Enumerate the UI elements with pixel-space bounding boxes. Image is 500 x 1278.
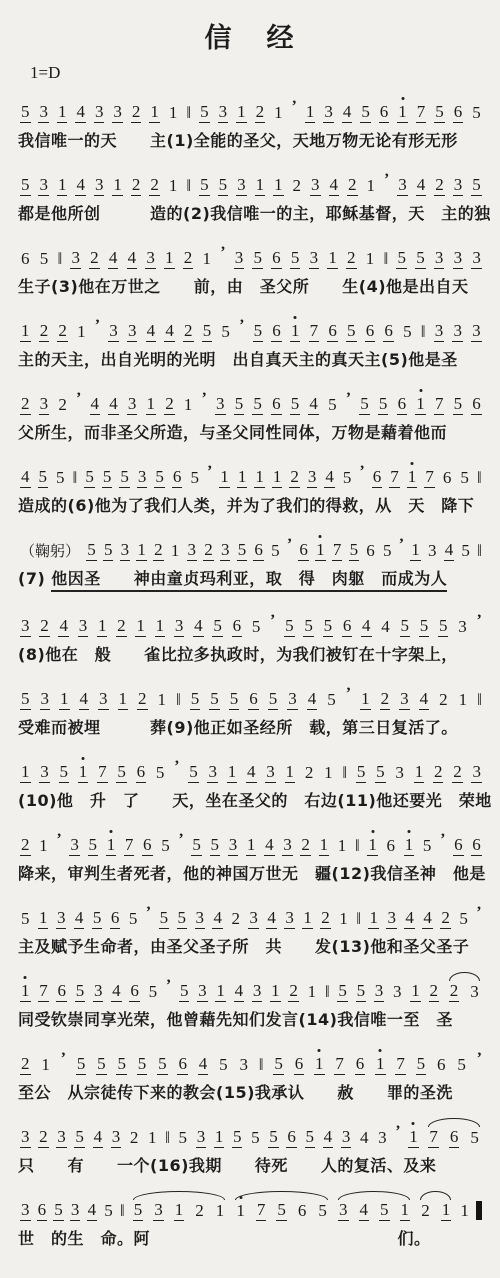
lyric-line: 我信唯一的天 主(1)全能的圣父，天地万物无论有形无形 (16, 128, 486, 151)
note-digit: 6 (386, 837, 397, 856)
note-digit: 6 (37, 1201, 48, 1221)
note-digit: 6 (172, 468, 183, 488)
note-digit: 5 (212, 617, 223, 637)
note-digit: 7 (424, 468, 435, 488)
page-title: 信 经 (16, 16, 486, 55)
note-digit: 7 (428, 1128, 439, 1148)
note-digit: 5 (378, 395, 389, 415)
note-digit: 3 (70, 249, 81, 269)
note-digit: 1 (214, 1128, 225, 1148)
slur-group: 21 (418, 1201, 453, 1221)
breath-mark-icon: ’ (202, 391, 207, 407)
note-digit: 1 (215, 1202, 226, 1221)
music-line: 21’555556453‖5617617565’ (16, 1039, 486, 1077)
lyric-line: (10)他 升 了 天，坐在圣父的 右边(11)他还要光 荣地 (16, 788, 486, 811)
note-digit: 4 (422, 909, 433, 929)
note-digit: 2 (39, 617, 50, 637)
note-digit: 1 (272, 468, 283, 488)
note-digit: 3 (309, 249, 320, 269)
note-digit: 1 (235, 1202, 246, 1221)
note-digit: 3 (120, 541, 131, 561)
note-digit: 5 (250, 1129, 261, 1148)
note-digit: 4 (20, 468, 31, 488)
octave-dot-icon (82, 757, 85, 760)
note-digit: 2 (131, 176, 142, 196)
note-digit: 6 (442, 469, 453, 488)
note-digit: 5 (268, 1128, 279, 1148)
note-digit: 2 (288, 982, 299, 1002)
system-4: 1221’3344255’561765665‖333主的天主，出自光明的光明 出… (16, 306, 486, 370)
note-digit: 5 (103, 541, 114, 561)
lyric-text: 受难而被埋 葬(9)他正如圣经所 载，第三日复活了。 (18, 718, 458, 737)
note-digit: 4 (361, 617, 372, 637)
note-digit: 2 (255, 103, 266, 123)
note-digit: 4 (74, 909, 85, 929)
note-digit: 5 (75, 982, 86, 1002)
note-digit: 3 (20, 1201, 31, 1221)
note-digit: 4 (58, 617, 69, 637)
lyric-line: 至公 从宗徒传下来的教会(15)我承认 赦 罪的圣洗 (16, 1080, 486, 1103)
note-digit: 3 (252, 982, 263, 1002)
note-digit: 5 (220, 323, 231, 342)
breath-mark-icon: ’ (56, 832, 61, 848)
note-digit: 1 (338, 910, 349, 929)
note-digit: 5 (199, 176, 210, 196)
octave-dot-icon (379, 1049, 382, 1052)
note-digit: 3 (236, 176, 247, 196)
note-digit: 1 (20, 322, 31, 342)
music-line: 53143121‖55565345’123421‖ (16, 674, 486, 712)
note-digit: 6 (298, 541, 309, 561)
note-digit: 5 (290, 249, 301, 269)
music-line: 5134565’55342343121‖134425’ (16, 893, 486, 931)
note-digit: 2 (153, 541, 164, 561)
note-digit: 3 (471, 249, 482, 269)
final-barline-icon (476, 1201, 482, 1220)
note-digit: 5 (379, 1201, 390, 1221)
slur-group: 53121 (131, 1201, 228, 1221)
note-digit: 4 (444, 541, 455, 561)
note-digit: 5 (337, 982, 348, 1002)
note-digit: 1 (236, 103, 247, 123)
note-digit: 3 (471, 763, 482, 783)
note-digit: 3 (93, 982, 104, 1002)
note-digit: 1 (319, 836, 330, 856)
note-digit: 5 (209, 690, 220, 710)
note-digit: 2 (57, 322, 68, 342)
note-digit: 1 (20, 982, 31, 1002)
note-digit: 3 (112, 103, 123, 123)
lyric-line: 只 有 一个(16)我期 待死 人的复活、及来 (16, 1153, 486, 1176)
note-digit: 3 (453, 249, 464, 269)
note-digit: 5 (458, 910, 469, 929)
breath-mark-icon: ’ (174, 759, 179, 775)
note-digit: 1 (302, 909, 313, 929)
note-digit: 3 (38, 176, 49, 196)
note-digit: 5 (159, 909, 170, 929)
note-digit: 6 (372, 468, 383, 488)
note-digit: 2 (203, 541, 214, 561)
note-digit: 1 (375, 1055, 386, 1075)
note-digit: 6 (253, 541, 264, 561)
note-digit: 2 (183, 249, 194, 269)
note-digit: 3 (399, 690, 410, 710)
note-digit: 4 (87, 1201, 98, 1221)
note-digit: 6 (449, 1128, 460, 1148)
note-digit: 3 (40, 690, 51, 710)
note-digit: 3 (137, 468, 148, 488)
note-digit: 1 (458, 691, 469, 710)
note-digit: 6 (453, 836, 464, 856)
system-11: 21’351765’553143211‖1615’66降来，审判生者死者，他的神… (16, 820, 486, 884)
note-digit: 5 (396, 249, 407, 269)
note-digit: 5 (155, 764, 166, 783)
system-10: 13517565’53143121‖5531223(10)他 升 了 天，坐在圣… (16, 747, 486, 811)
note-digit: 1 (20, 763, 31, 783)
note-digit: 3 (197, 982, 208, 1002)
note-digit: 5 (96, 1055, 107, 1075)
note-digit: 5 (178, 1129, 189, 1148)
lyric-line: 受难而被埋 葬(9)他正如圣经所 载，第三日复活了。 (16, 715, 486, 738)
note-digit: 3 (338, 1201, 349, 1221)
music-line: 3243121134565’5556445553’ (16, 601, 486, 639)
note-digit: 3 (127, 322, 138, 342)
note-digit: 3 (427, 542, 438, 561)
note-digit: 6 (20, 250, 31, 269)
slur-group: 17565 (233, 1201, 330, 1221)
note-digit: 4 (329, 176, 340, 196)
note-digit: 3 (323, 103, 334, 123)
note-digit: 3 (56, 1128, 67, 1148)
note-digit: 6 (453, 103, 464, 123)
double-barline-icon: ‖ (421, 323, 426, 342)
note-digit: 5 (188, 763, 199, 783)
system-12: 5134565’55342343121‖134425’主及赋予生命者，由圣父圣子… (16, 893, 486, 957)
note-digit: 5 (137, 1055, 148, 1075)
note-digit: 7 (124, 836, 135, 856)
note-digit: 5 (74, 1128, 85, 1148)
note-digit: 4 (127, 249, 138, 269)
note-digit: 6 (248, 690, 259, 710)
note-digit: 5 (252, 249, 263, 269)
note-digit: 2 (129, 1129, 140, 1148)
lyric-text: 只 有 一个(16)我期 待死 人的复活、及来 (18, 1156, 436, 1175)
lyric-line: 主及赋予生命者，由圣父圣子所 共 发(13)他和圣父圣子 (16, 934, 486, 957)
slur-group: 23 (447, 982, 482, 1002)
note-digit: 1 (201, 250, 212, 269)
lyric-text: 我信唯一的天 主(1)全能的圣父，天地万物无论有形无形 (18, 131, 458, 150)
note-digit: 2 (452, 763, 463, 783)
lyric-line: 生子(3)他在万世之 前，由 圣父所 生(4)他是出自天 (16, 274, 486, 297)
note-digit: 3 (20, 617, 31, 637)
note-digit: 4 (323, 1128, 334, 1148)
note-digit: 3 (248, 909, 259, 929)
note-digit: 7 (334, 1055, 345, 1075)
note-digit: 1 (365, 177, 376, 196)
note-digit: 4 (419, 690, 430, 710)
note-digit: 5 (415, 249, 426, 269)
note-digit: 2 (347, 176, 358, 196)
note-digit: 1 (174, 1201, 185, 1221)
lyric-line: 同受钦崇同享光荣，他曾藉先知们发言(14)我信唯一至 圣 (16, 1007, 486, 1030)
note-digit: 5 (102, 468, 113, 488)
breath-mark-icon: ’ (395, 1124, 400, 1140)
note-digit: 5 (86, 541, 97, 561)
note-digit: 5 (232, 1128, 243, 1148)
double-barline-icon: ‖ (383, 250, 388, 269)
note-digit: 3 (386, 909, 397, 929)
octave-dot-icon (294, 316, 297, 319)
note-digit: 3 (228, 836, 239, 856)
note-digit: 5 (148, 983, 159, 1002)
lyric-line: 父所生，而非圣父所造，与圣父同性同体，万物是藉着他而 (16, 420, 486, 443)
octave-dot-icon (371, 830, 374, 833)
note-digit: 3 (145, 249, 156, 269)
note-digit: 1 (246, 836, 257, 856)
note-digit: 7 (395, 1055, 406, 1075)
note-digit: 1 (415, 395, 426, 415)
note-digit: 5 (290, 395, 301, 415)
octave-dot-icon (412, 1122, 415, 1125)
note-digit: 4 (359, 1201, 370, 1221)
note-digit: 5 (419, 617, 430, 637)
note-digit: 3 (310, 176, 321, 196)
note-digit: 5 (119, 468, 130, 488)
octave-dot-icon (24, 976, 27, 979)
system-5: 232’443121’3556545’5561756父所生，而非圣父所造，与圣父… (16, 379, 486, 443)
note-digit: 3 (265, 763, 276, 783)
note-digit: 1 (290, 322, 301, 342)
note-digit: 3 (392, 983, 403, 1002)
note-digit: 1 (414, 763, 425, 783)
note-digit: 1 (76, 323, 87, 342)
note-digit: 7 (38, 982, 49, 1002)
note-digit: 1 (404, 836, 415, 856)
note-digit: 5 (422, 837, 433, 856)
system-6: 455‖5553565’11112345’671765‖造成的(6)他为了我们人… (16, 452, 486, 516)
music-line: 1221’3344255’561765665‖333 (16, 306, 486, 344)
music-line: 21’351765’553143211‖1615’66 (16, 820, 486, 858)
verse-number: (7) (18, 569, 45, 588)
double-barline-icon: ‖ (355, 837, 360, 856)
breath-mark-icon: ’ (178, 832, 183, 848)
note-digit: 1 (255, 176, 266, 196)
music-line: 232’443121’3556545’5561756 (16, 379, 486, 417)
note-digit: 5 (375, 763, 386, 783)
note-digit: 2 (183, 322, 194, 342)
note-digit: 4 (146, 322, 157, 342)
note-digit: 1 (314, 1055, 325, 1075)
note-digit: 3 (234, 249, 245, 269)
note-digit: 3 (374, 982, 385, 1002)
double-barline-icon: ‖ (165, 1129, 170, 1148)
note-digit: 2 (380, 690, 391, 710)
note-digit: 3 (94, 103, 105, 123)
note-digit: 4 (404, 909, 415, 929)
note-digit: 4 (193, 617, 204, 637)
note-digit: 3 (453, 176, 464, 196)
note-digit: 3 (207, 763, 218, 783)
lyric-text: 主及赋予生命者，由圣父圣子所 共 发(13)他和圣父圣子 (18, 937, 469, 956)
music-line: 455‖5553565’11112345’671765‖ (16, 452, 486, 490)
lyric-line: (7)他因圣 神由童贞玛利亚，取 得 肉躯 而成为人 (16, 566, 486, 592)
note-digit: 3 (238, 1056, 249, 1075)
breath-mark-icon: ’ (287, 537, 292, 553)
note-digit: 4 (108, 249, 119, 269)
note-digit: 2 (230, 910, 241, 929)
note-digit: 1 (254, 468, 265, 488)
lyric-line: 降来，审判生者死者，他的神国万世无 疆(12)我信圣神 他是 (16, 861, 486, 884)
note-digit: 1 (59, 690, 70, 710)
note-digit: 1 (360, 690, 371, 710)
note-digit: 5 (276, 1201, 287, 1221)
note-digit: 2 (289, 468, 300, 488)
system-7: （鞠躬）553121323565’617565’1345‖(7)他因圣 神由童贞… (16, 525, 486, 592)
note-digit: 4 (307, 690, 318, 710)
note-digit: 5 (218, 1056, 229, 1075)
note-digit: 3 (38, 103, 49, 123)
score-body: 531433211‖53121’1345617565我信唯一的天 主(1)全能的… (16, 87, 486, 1249)
system-3: 65‖32443121’35653121‖55333生子(3)他在万世之 前，由… (16, 233, 486, 297)
note-digit: 5 (133, 1201, 144, 1221)
note-digit: 6 (365, 322, 376, 342)
note-digit: 2 (131, 103, 142, 123)
note-digit: 1 (155, 617, 166, 637)
breath-mark-icon: ’ (166, 978, 171, 994)
breath-mark-icon: ’ (477, 1051, 482, 1067)
lyric-text: 同受钦崇同享光荣，他曾藉先知们发言(14)我信唯一至 圣 (18, 1010, 453, 1029)
breath-mark-icon: ’ (399, 537, 404, 553)
note-digit: 3 (284, 909, 295, 929)
note-digit: 3 (187, 541, 198, 561)
note-digit: 1 (170, 542, 181, 561)
breath-mark-icon: ’ (207, 464, 212, 480)
note-digit: 2 (449, 982, 460, 1002)
system-15: 32354321‖531555654343’1765只 有 一个(16)我期 待… (16, 1112, 486, 1176)
note-digit: 4 (90, 395, 101, 415)
lyric-line: (8)他在 般 雀比拉多执政时，为我们被钉在十字架上， (16, 642, 486, 665)
note-digit: 2 (300, 836, 311, 856)
note-digit: 3 (471, 322, 482, 342)
lyric-text: 生子(3)他在万世之 前，由 圣父所 生(4)他是出自天 (18, 277, 469, 296)
note-digit: 5 (327, 396, 338, 415)
note-digit: 6 (383, 322, 394, 342)
lyric-text: 主的天主，出自光明的光明 出自真天主的真天主(5)他是圣 (18, 350, 458, 369)
note-digit: 5 (469, 1129, 480, 1148)
octave-dot-icon (419, 389, 422, 392)
system-9: 53143121‖55565345’123421‖受难而被埋 葬(9)他正如圣经… (16, 674, 486, 738)
note-digit: 1 (307, 983, 318, 1002)
note-digit: 1 (106, 836, 117, 856)
double-barline-icon: ‖ (176, 691, 181, 710)
note-digit: 6 (271, 322, 282, 342)
lyric-text: (8)他在 般 雀比拉多执政时，为我们被钉在十字架上， (18, 645, 458, 664)
note-digit: 2 (292, 177, 303, 196)
score-page: 信 经 1=D 531433211‖53121’1345617565我信唯一的天… (0, 0, 500, 1278)
note-digit: 4 (164, 322, 175, 342)
note-digit: 7 (416, 103, 427, 123)
note-digit: 1 (441, 1201, 452, 1221)
note-digit: 3 (94, 176, 105, 196)
note-digit: 5 (360, 103, 371, 123)
note-digit: 2 (20, 1055, 31, 1075)
note-digit: 5 (190, 690, 201, 710)
note-digit: 5 (88, 836, 99, 856)
note-digit: 1 (227, 763, 238, 783)
note-digit: 3 (394, 764, 405, 783)
note-digit: 2 (89, 249, 100, 269)
note-digit: 1 (327, 249, 338, 269)
note-digit: 1 (323, 764, 334, 783)
note-digit: 2 (20, 836, 31, 856)
octave-dot-icon (319, 535, 322, 538)
music-line: 531431221‖5531123421’34235 (16, 160, 486, 198)
note-digit: 5 (284, 617, 295, 637)
note-digit: 6 (342, 617, 353, 637)
note-digit: 2 (194, 1202, 205, 1221)
note-digit: 3 (108, 322, 119, 342)
note-digit: 4 (111, 982, 122, 1002)
note-digit: 7 (97, 763, 108, 783)
note-digit: 3 (218, 103, 229, 123)
double-barline-icon: ‖ (325, 983, 330, 1002)
note-digit: 4 (308, 395, 319, 415)
note-digit: 1 (408, 1128, 419, 1148)
note-digit: 4 (266, 909, 277, 929)
note-digit: 5 (20, 103, 31, 123)
breath-mark-icon: ’ (292, 99, 297, 115)
note-digit: 5 (116, 763, 127, 783)
note-digit: 3 (127, 395, 138, 415)
note-digit: 5 (270, 542, 281, 561)
lyric-text: 降来，审判生者死者，他的神国万世无 疆(12)我信圣神 他是 (18, 864, 486, 883)
double-barline-icon: ‖ (186, 104, 191, 123)
octave-dot-icon (401, 97, 404, 100)
note-digit: 1 (135, 617, 146, 637)
note-digit: 6 (471, 836, 482, 856)
note-digit: 1 (38, 909, 49, 929)
note-digit: 4 (359, 1129, 370, 1148)
note-digit: 5 (92, 909, 103, 929)
note-digit: 5 (453, 395, 464, 415)
note-digit: 6 (436, 1056, 447, 1075)
note-digit: 2 (429, 982, 440, 1002)
lyric-text: 他因圣 神由童贞玛利亚，取 得 肉躯 而成为人 (51, 566, 447, 592)
note-digit: 5 (317, 1202, 328, 1221)
note-digit: 5 (237, 541, 248, 561)
breath-mark-icon: ’ (476, 613, 481, 629)
note-digit: 4 (93, 1128, 104, 1148)
note-digit: 5 (116, 1055, 127, 1075)
note-digit: 5 (400, 617, 411, 637)
note-digit: 1 (97, 617, 108, 637)
note-digit: 5 (38, 468, 49, 488)
note-digit: 6 (471, 395, 482, 415)
note-digit: 6 (365, 542, 376, 561)
note-digit: 2 (116, 617, 127, 637)
note-digit: 5 (416, 1055, 427, 1075)
note-digit: 5 (382, 542, 393, 561)
system-1: 531433211‖53121’1345617565我信唯一的天 主(1)全能的… (16, 87, 486, 151)
lyric-line: 造成的(6)他为了我们人类，并为了我们的得救，从 天 降下 (16, 493, 486, 516)
note-digit: 4 (234, 982, 245, 1002)
slur-group: 765 (426, 1128, 482, 1148)
note-digit: 3 (434, 249, 445, 269)
note-digit: 1 (397, 103, 408, 123)
note-digit: 3 (377, 1129, 388, 1148)
system-14: 21’555556453‖5617617565’至公 从宗徒传下来的教会(15)… (16, 1039, 486, 1103)
note-digit: 6 (136, 763, 147, 783)
